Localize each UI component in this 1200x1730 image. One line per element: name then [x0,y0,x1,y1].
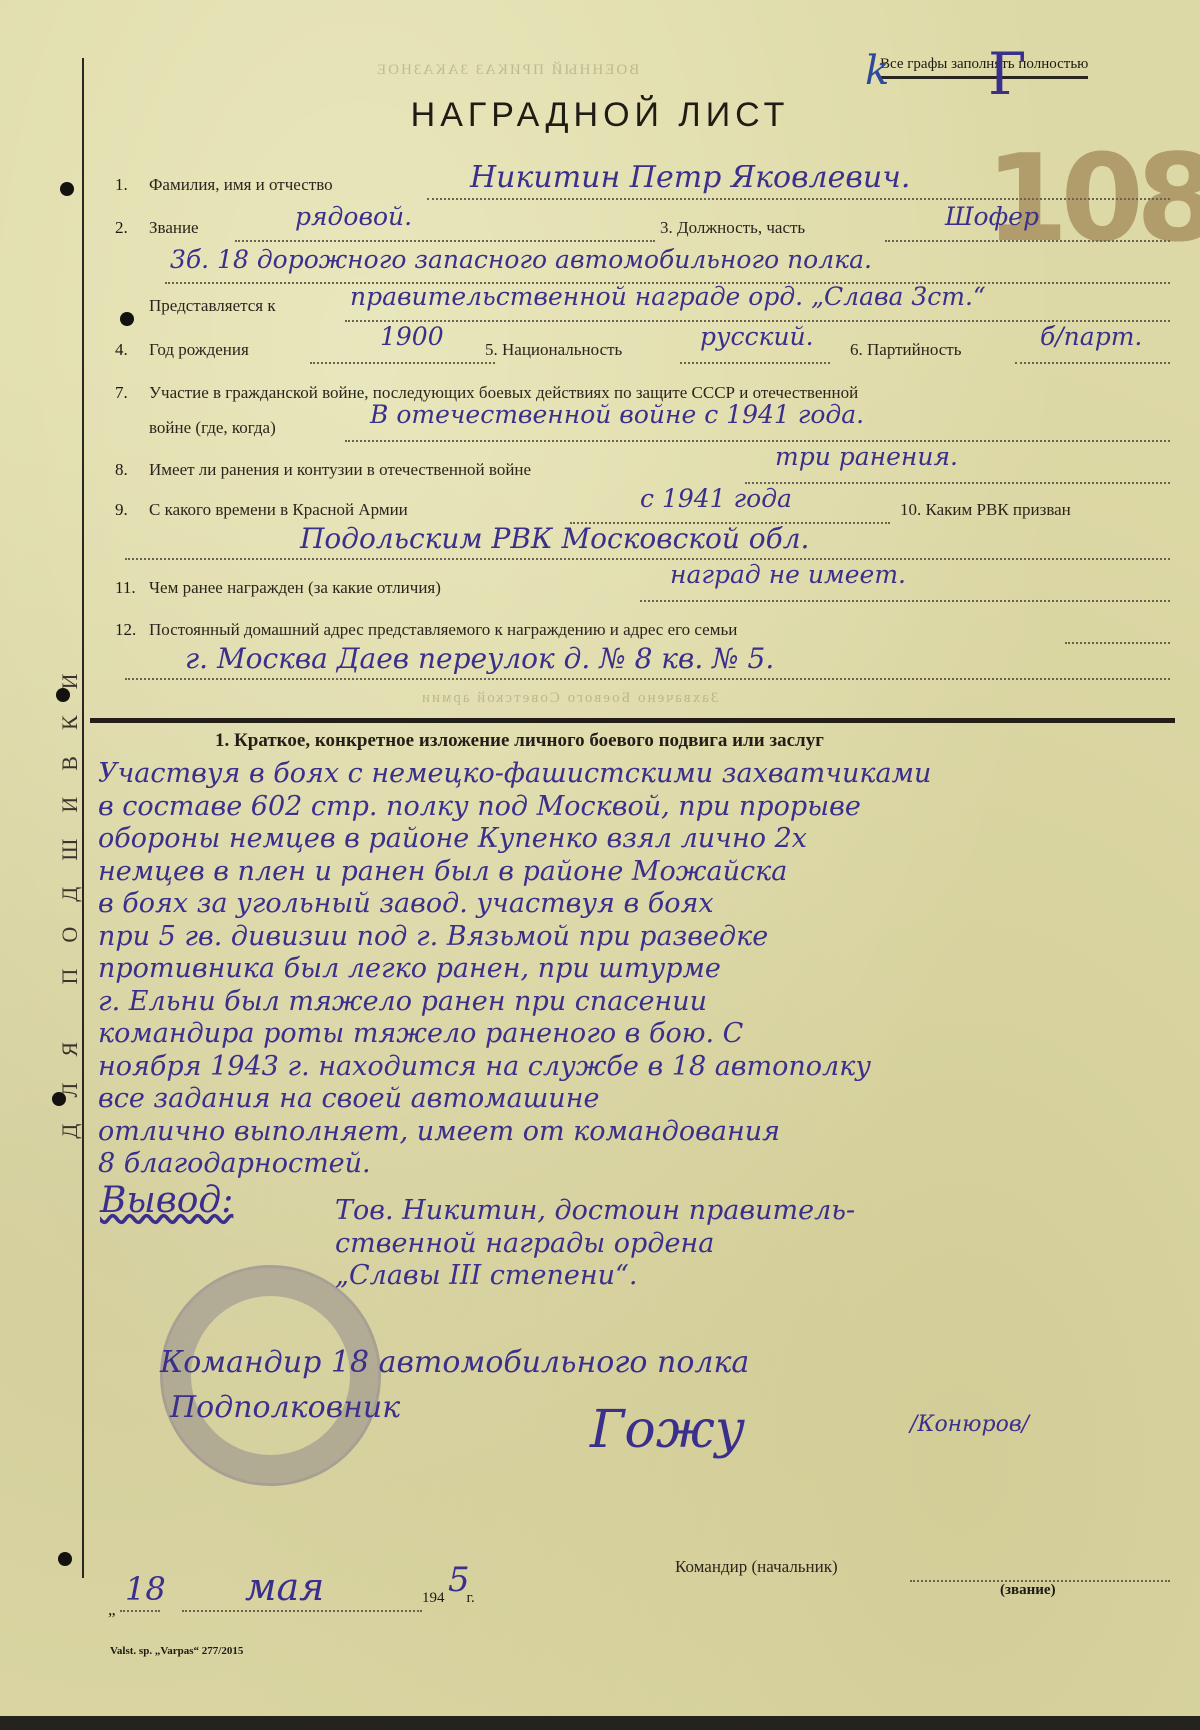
fill-line [345,440,1170,442]
date-year-suffix: 5 [448,1560,470,1600]
scan-edge [0,1716,1200,1730]
field-position: 3. Должность, часть [660,218,1175,238]
date-year-prefix: 194г. [422,1590,1175,1607]
value-birth-year: 1900 [380,322,444,351]
value-position: Шофер [945,202,1039,231]
value-unit: 3б. 18 дорожного запасного автомобильног… [170,245,872,274]
field-home-address: 12.Постоянный домашний адрес представляе… [115,620,1175,640]
commander-title: Командир 18 автомобильного полка [160,1345,749,1380]
field-conscription-office: 10. Каким РВК призван [900,500,1175,520]
value-nominated-for: правительственной награде орд. „Слава 3с… [350,282,986,311]
value-army-since: с 1941 года [640,484,792,513]
punch-hole-icon [52,1092,66,1106]
fill-line [640,600,1170,602]
value-war-participation: В отечественной войне с 1941 года. [370,400,864,429]
value-prior-awards: наград не имеет. [670,560,906,589]
fill-line [745,482,1170,484]
value-party: б/парт. [1040,322,1142,351]
punch-hole-icon [58,1552,72,1566]
section-divider [90,718,1175,723]
fill-line [182,1610,422,1612]
commander-signature: Гожу [590,1400,745,1460]
value-conscription-office: Подольским РВК Московской обл. [300,522,809,555]
punch-hole-icon [60,182,74,196]
award-sheet: ДЛЯ ПОДШИВКИ ВОЕННЫЙ ПРИКАЗ ЗАКАЗНОЕ Зах… [0,0,1200,1718]
fill-line [125,678,1170,680]
date-month: мая [245,1565,324,1609]
fill-line [680,362,830,364]
value-home-address: г. Москва Даев переулок д. № 8 кв. № 5. [185,642,774,675]
value-rank: рядовой. [295,202,412,231]
fill-line [427,198,1170,200]
fill-line [120,1610,160,1612]
value-wounds: три ранения. [775,442,958,471]
commander-rank: Подполковник [170,1390,400,1425]
fill-line [1065,642,1170,644]
printed-commander-label: Командир (начальник) [675,1557,1175,1577]
fill-line [125,558,1170,560]
value-nationality: русский. [700,322,814,351]
field-wounds: 8.Имеет ли ранения и контузии в отечеств… [115,460,1175,480]
instruction-note: Все графы заполнять полностью [880,56,1088,79]
fill-line [235,240,655,242]
margin-label: ДЛЯ ПОДШИВКИ [57,493,83,1293]
fill-line [310,362,495,364]
fill-line [885,240,1170,242]
field-prior-awards: 11.Чем ранее награжден (за какие отличия… [115,578,1175,598]
punch-hole-icon [56,688,70,702]
commander-name: /Конюров/ [910,1412,1029,1437]
value-full-name: Никитин Петр Яковлевич. [470,160,910,195]
date-day: 18 [125,1570,166,1608]
bleed-through-text: ВОЕННЫЙ ПРИКАЗ ЗАКАЗНОЕ [375,62,639,79]
conclusion-label: Вывод: [100,1180,233,1221]
feat-description: Участвуя в боях с немецко-фашистскими за… [98,758,1178,1181]
conclusion-text: Тов. Никитин, достоин правитель- ственно… [335,1195,1155,1293]
form-printing-code: Valst. sp. „Varpas“ 277/2015 [110,1645,1175,1657]
section-heading: 1. Краткое, конкретное изложение личного… [215,730,824,752]
bleed-through-text: Захвачено Боевого Советской армии [420,690,718,707]
fill-line [1015,362,1170,364]
blue-pencil-mark: k [865,48,889,94]
